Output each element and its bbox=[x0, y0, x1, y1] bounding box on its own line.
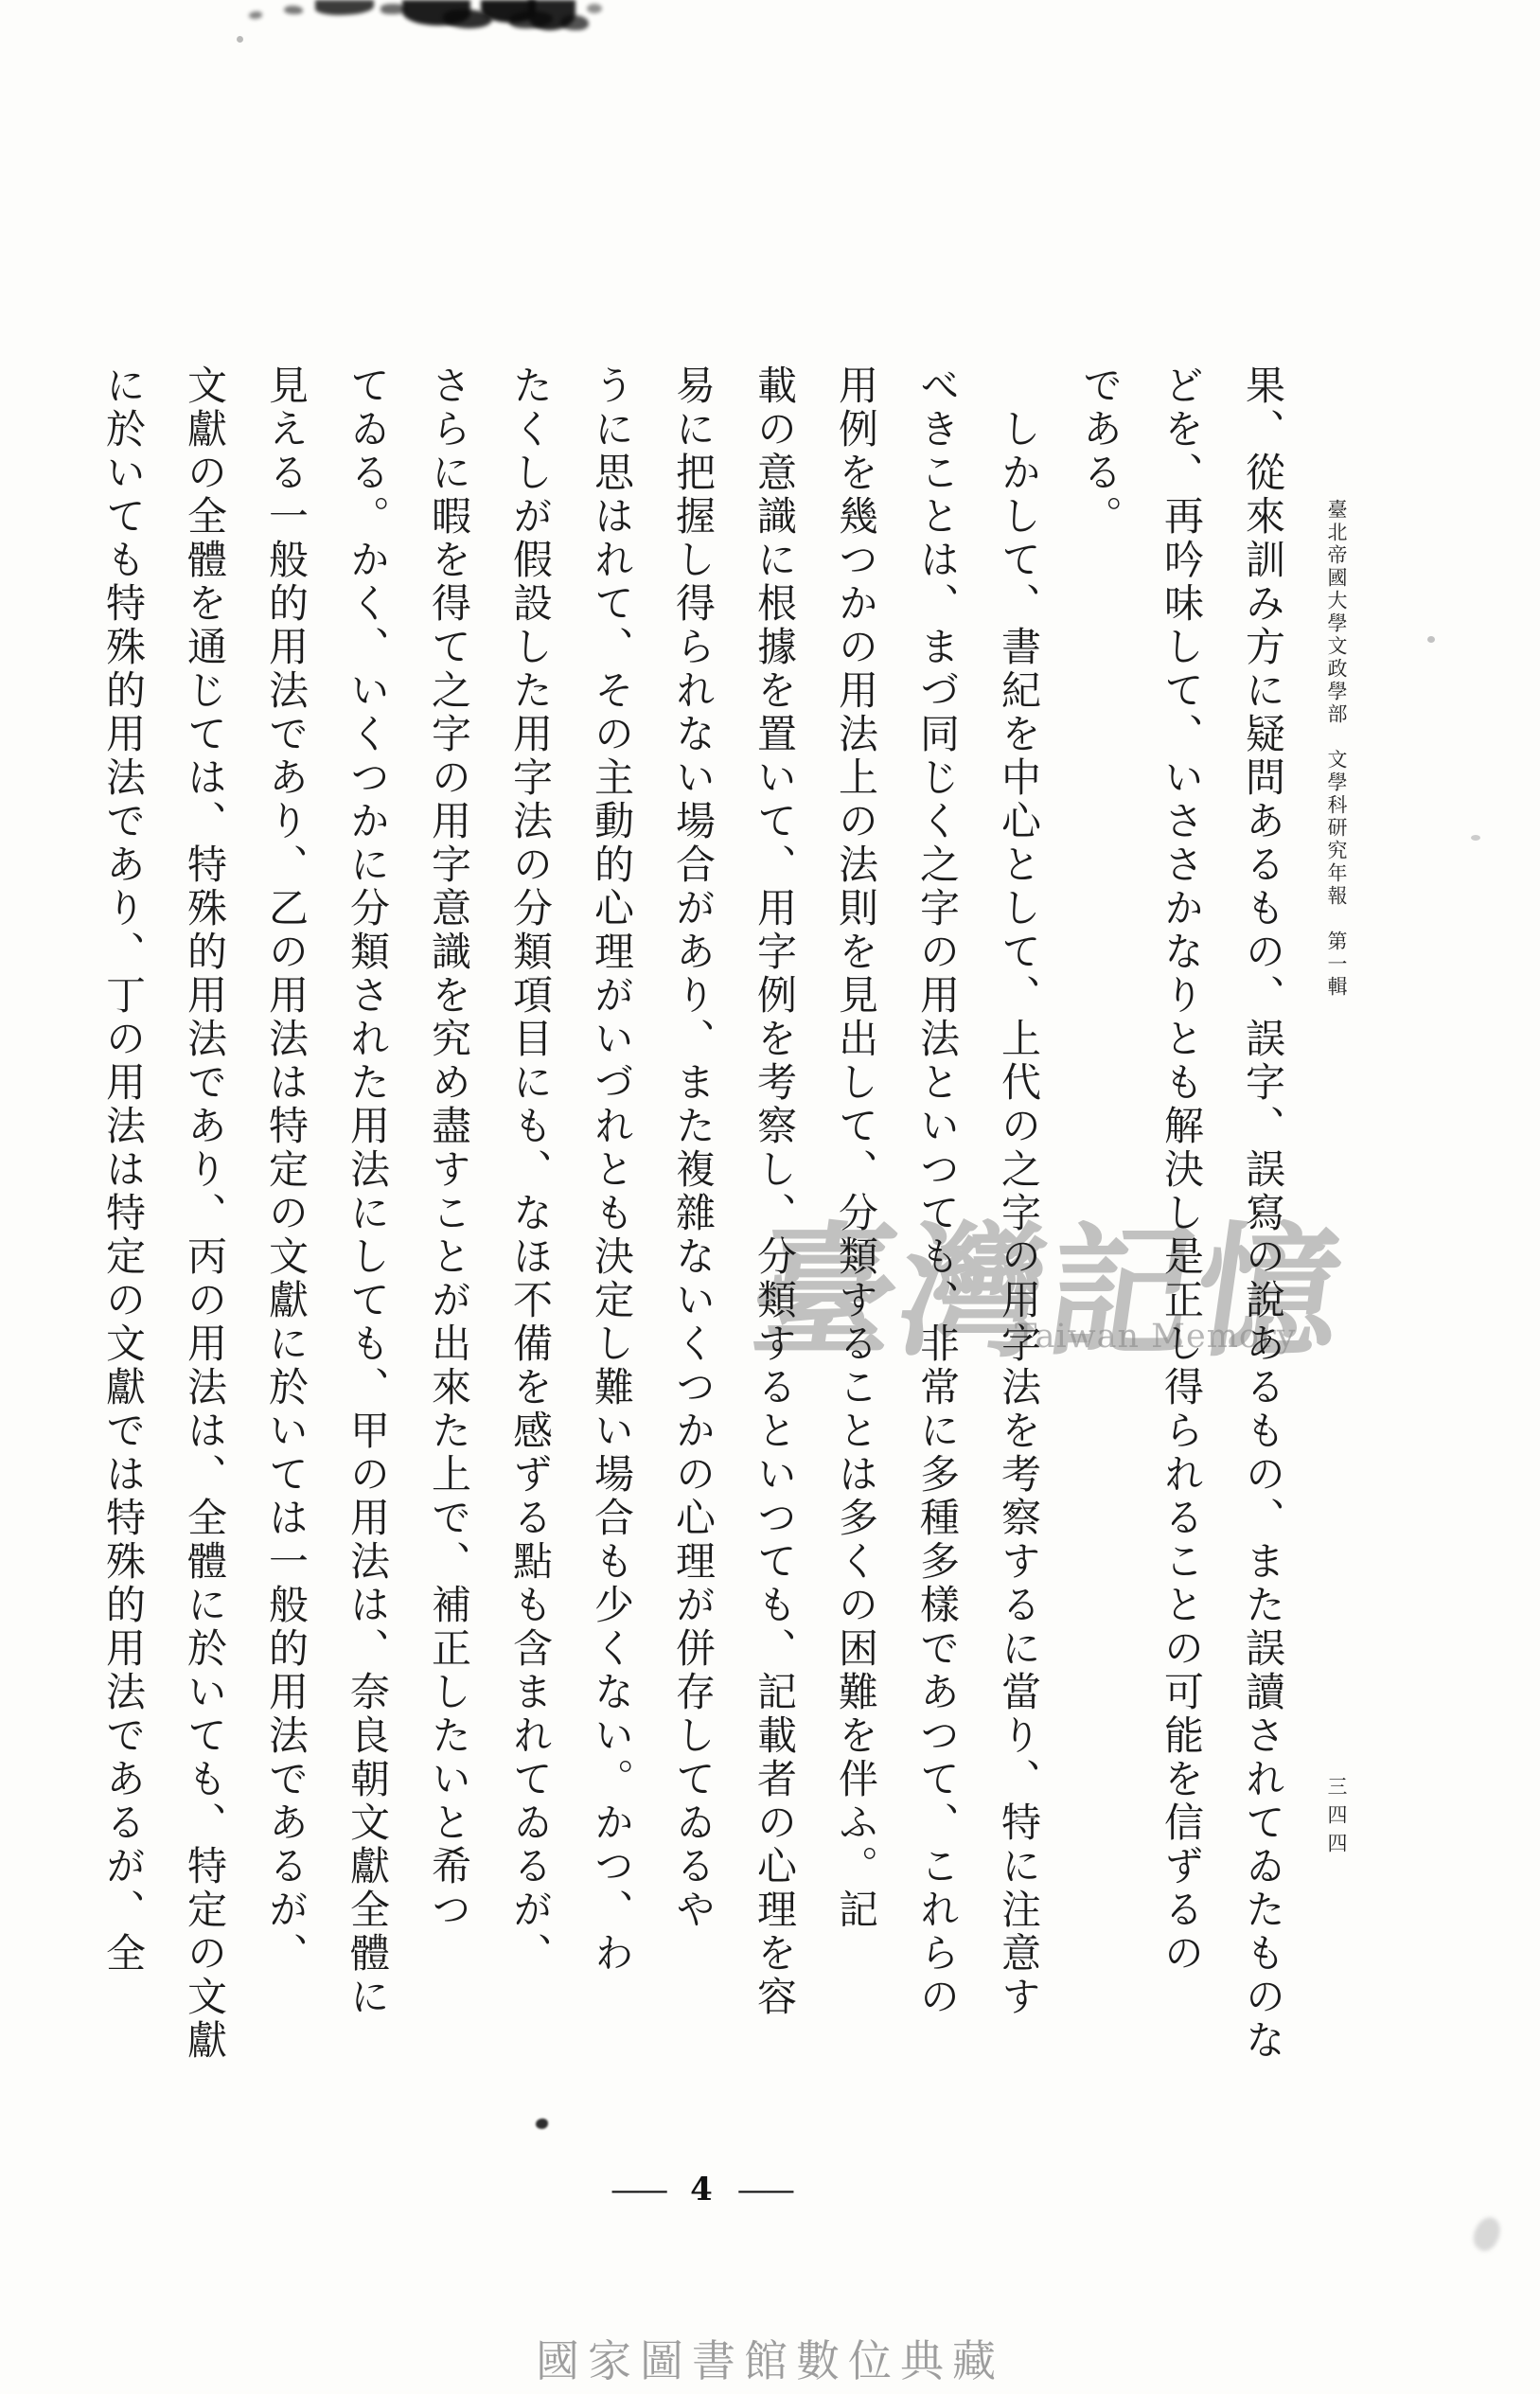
ink-smudge bbox=[587, 4, 602, 13]
ink-smudge bbox=[560, 15, 589, 30]
text-column: しかして、書紀を中心として、上代の之字の用字法を考察するに當り、特に注意す bbox=[978, 364, 1059, 2116]
text-column: 果、從來訓み方に疑問あるもの、誤字、誤寫の說あるもの、また誤讀されてゐたものな bbox=[1222, 364, 1303, 2116]
archive-stamp: 國家圖書館數位典藏 bbox=[0, 2327, 1540, 2389]
ink-speck bbox=[237, 36, 243, 43]
text-column: 見える一般的用法であり、乙の用法は特定の文獻に於いては一般的用法であるが、 bbox=[245, 364, 327, 2116]
text-column: どを、再吟味して、いささかなりとも解決し是正し得られることの可能を信ずるの bbox=[1141, 364, 1222, 2116]
margin-speck bbox=[1471, 835, 1480, 841]
running-head: 臺北帝國大學文政學部 文學科研究年報 第一輯 bbox=[1322, 499, 1351, 999]
footer-number: 4 bbox=[690, 2171, 713, 2208]
text-column: うに思はれて、その主動的心理がいづれとも決定し難い場合も少くない。かつ、わ bbox=[571, 364, 652, 2116]
text-column: 文獻の全體を通じては、特殊的用法であり、丙の用法は、全體に於いても、特定の文獻 bbox=[164, 364, 245, 2116]
corner-smudge bbox=[1468, 2213, 1506, 2255]
footer-left-dash: —— bbox=[611, 2172, 665, 2208]
text-column: 載の意識に根據を置いて、用字例を考察し、分類するといつても、記載者の心理を容 bbox=[734, 364, 815, 2116]
ink-smudge bbox=[249, 11, 262, 19]
text-column: たくしが假設した用字法の分類項目にも、なほ不備を感ずる點も含まれてゐるが、 bbox=[489, 364, 571, 2116]
text-column: に於いても特殊的用法であり、丁の用法は特定の文獻では特殊的用法であるが、全 bbox=[82, 364, 164, 2116]
ink-smudge bbox=[284, 6, 303, 14]
ink-speck bbox=[536, 2119, 548, 2129]
text-column: さらに暇を得て之字の用字意識を究め盡すことが出來た上で、補正したいと希つ bbox=[408, 364, 489, 2116]
footer-page-number: ——4—— bbox=[91, 2171, 1312, 2208]
text-column: である。 bbox=[1059, 364, 1141, 2116]
scanned-page: 臺灣記憶 Taiwan Memory 臺北帝國大學文政學部 文學科研究年報 第一… bbox=[0, 0, 1540, 2394]
footer-right-dash: —— bbox=[737, 2172, 792, 2208]
ink-smudge bbox=[315, 0, 374, 15]
text-column: 用例を幾つかの用法上の法則を見出して、分類することは多くの困難を伴ふ。記 bbox=[815, 364, 896, 2116]
folio-kanji: 三四四 bbox=[1322, 1776, 1351, 1861]
text-column: てゐる。かく、いくつかに分類された用法にしても、甲の用法は、奈良朝文獻全體に bbox=[327, 364, 408, 2116]
body-text-block: 果、從來訓み方に疑問あるもの、誤字、誤寫の說あるもの、また誤讀されてゐたものな … bbox=[82, 364, 1303, 2116]
text-column: 易に把握し得られない場合があり、また複雜ないくつかの心理が併存してゐるや bbox=[652, 364, 734, 2116]
margin-speck bbox=[1427, 636, 1435, 643]
text-column: べきことは、まづ同じく之字の用法といつても、非常に多種多樣であつて、これらの bbox=[896, 364, 978, 2116]
